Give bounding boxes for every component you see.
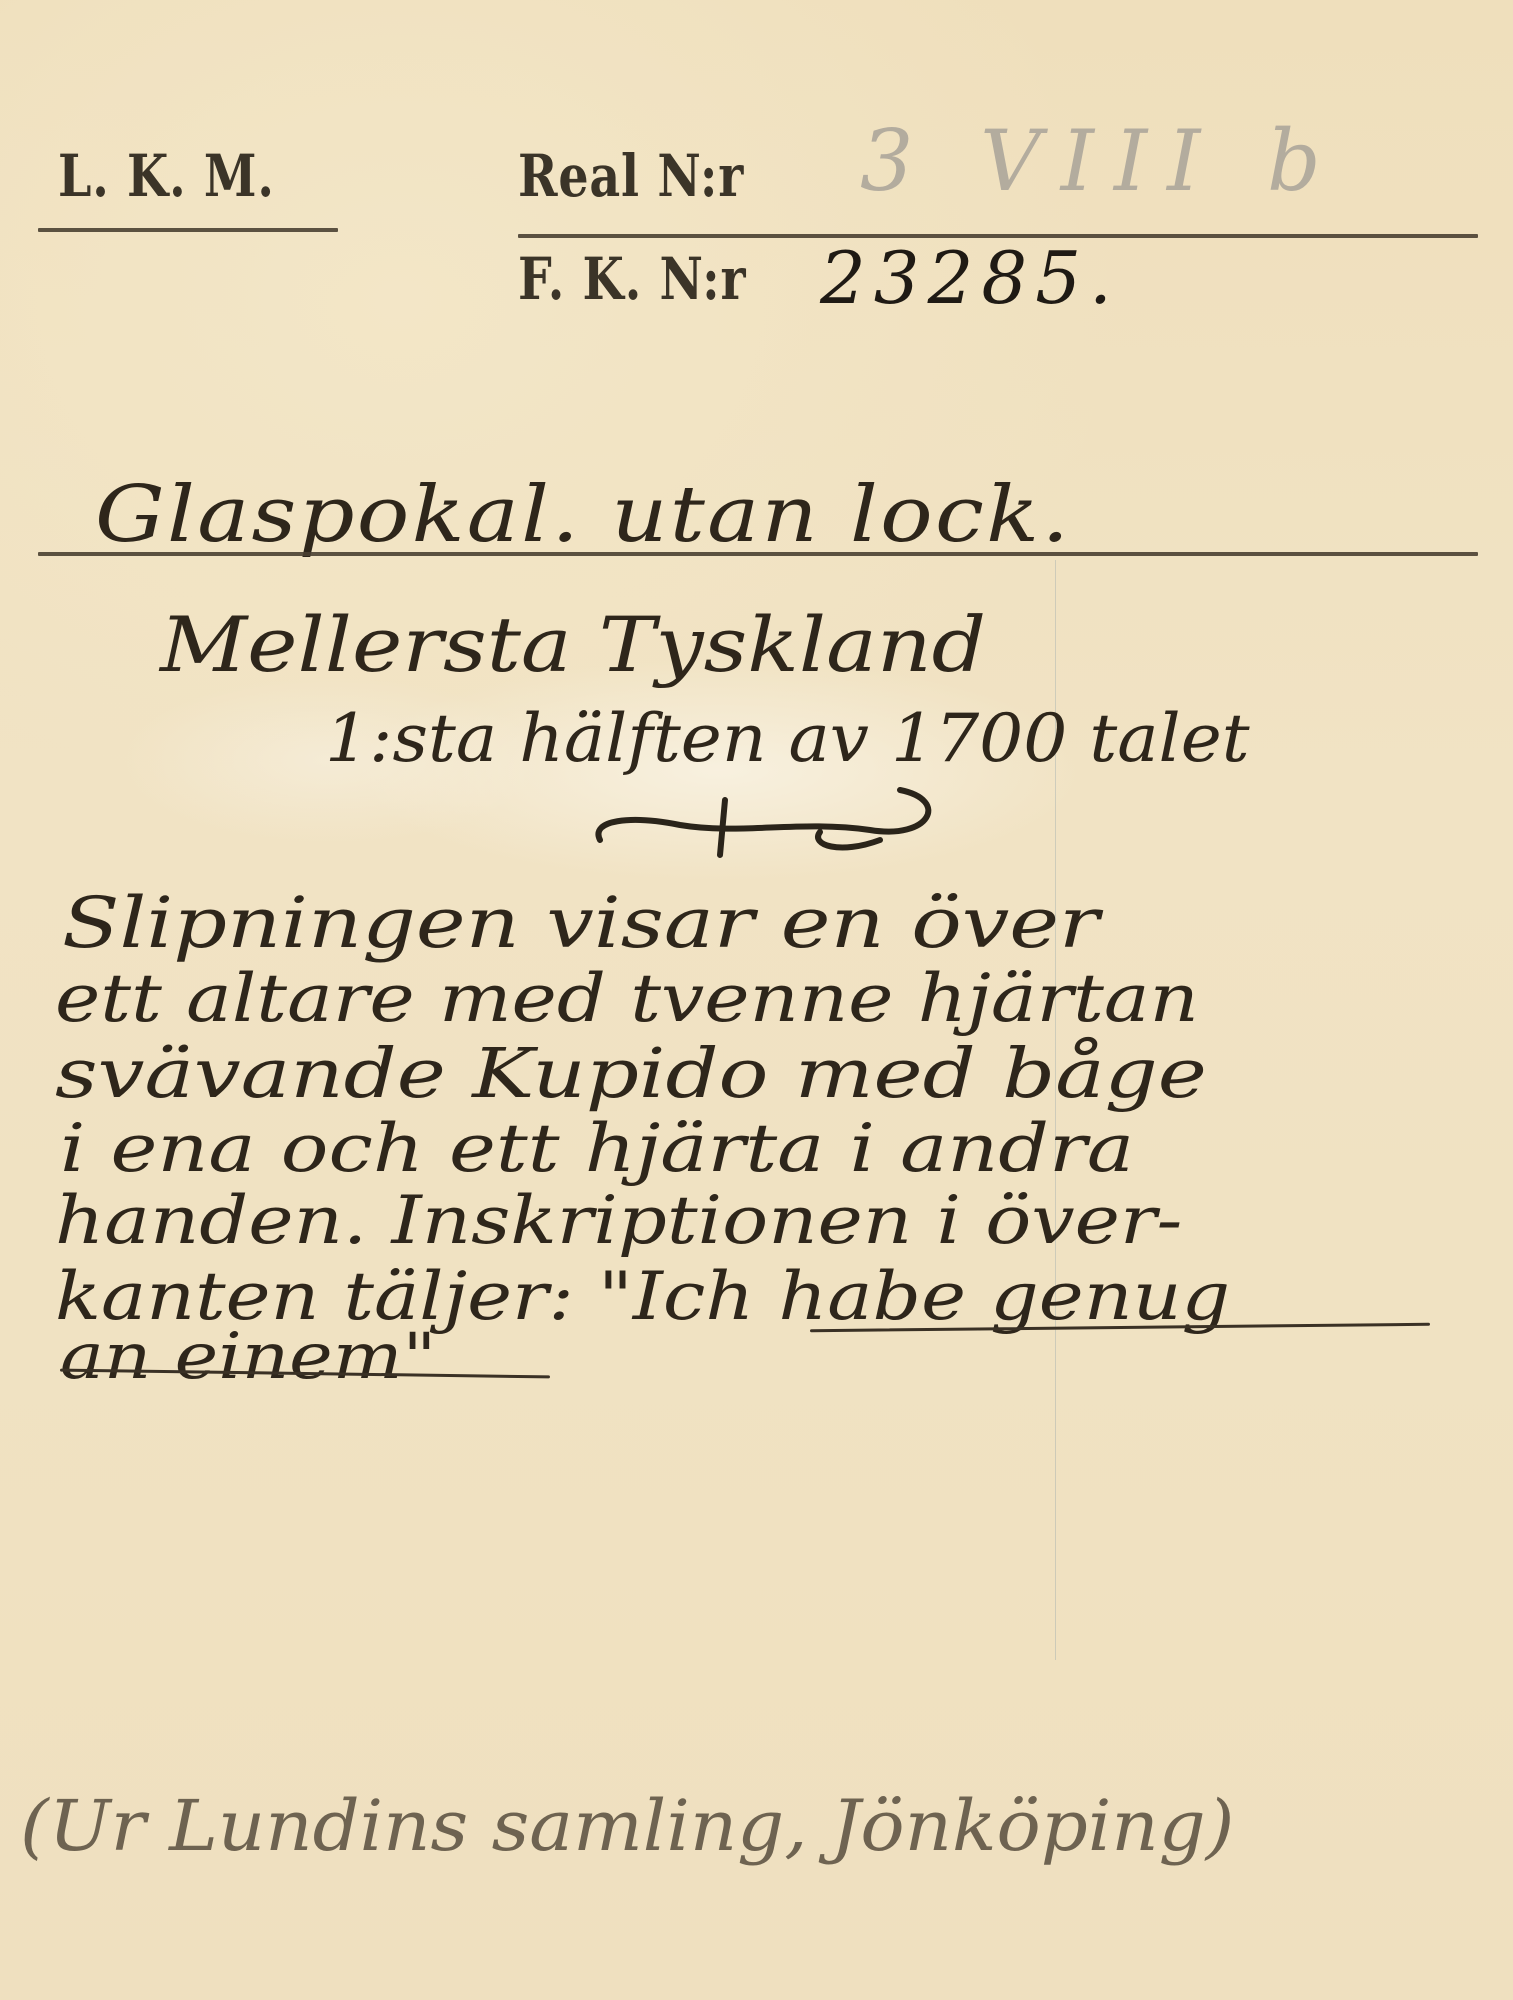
real-number-label: Real N:r xyxy=(518,142,744,210)
bleed-through-text xyxy=(109,720,131,791)
institution-label: L. K. M. xyxy=(58,142,275,210)
description-line-2: ett altare med tvenne hjärtan xyxy=(55,960,1199,1037)
description-line-3: svävande Kupido med båge xyxy=(55,1035,1207,1114)
description-line-5: handen. Inskriptionen i över- xyxy=(55,1182,1182,1259)
title-rule xyxy=(38,552,1478,556)
provenance-note: (Ur Lundins samling, Jönköping) xyxy=(20,1785,1234,1867)
object-title: Glaspokal. utan lock. xyxy=(95,470,1071,560)
description-line-4: i ena och ett hjärta i andra xyxy=(60,1110,1134,1187)
catalogue-card: L. K. M. Real N:r 3 VIII b F. K. N:r 232… xyxy=(0,0,1513,2000)
fk-number-value: 23285. xyxy=(820,236,1120,320)
real-number-value: 3 VIII b xyxy=(860,112,1341,210)
origin-period: 1:sta hälften av 1700 talet xyxy=(325,700,1250,777)
decorative-flourish-icon xyxy=(570,780,990,860)
description-line-7: an einem" xyxy=(60,1320,436,1394)
origin-region: Mellersta Tyskland xyxy=(160,600,986,689)
institution-rule xyxy=(38,228,338,232)
fk-number-label: F. K. N:r xyxy=(518,245,746,313)
description-line-1: Slipningen visar en över xyxy=(62,882,1099,964)
